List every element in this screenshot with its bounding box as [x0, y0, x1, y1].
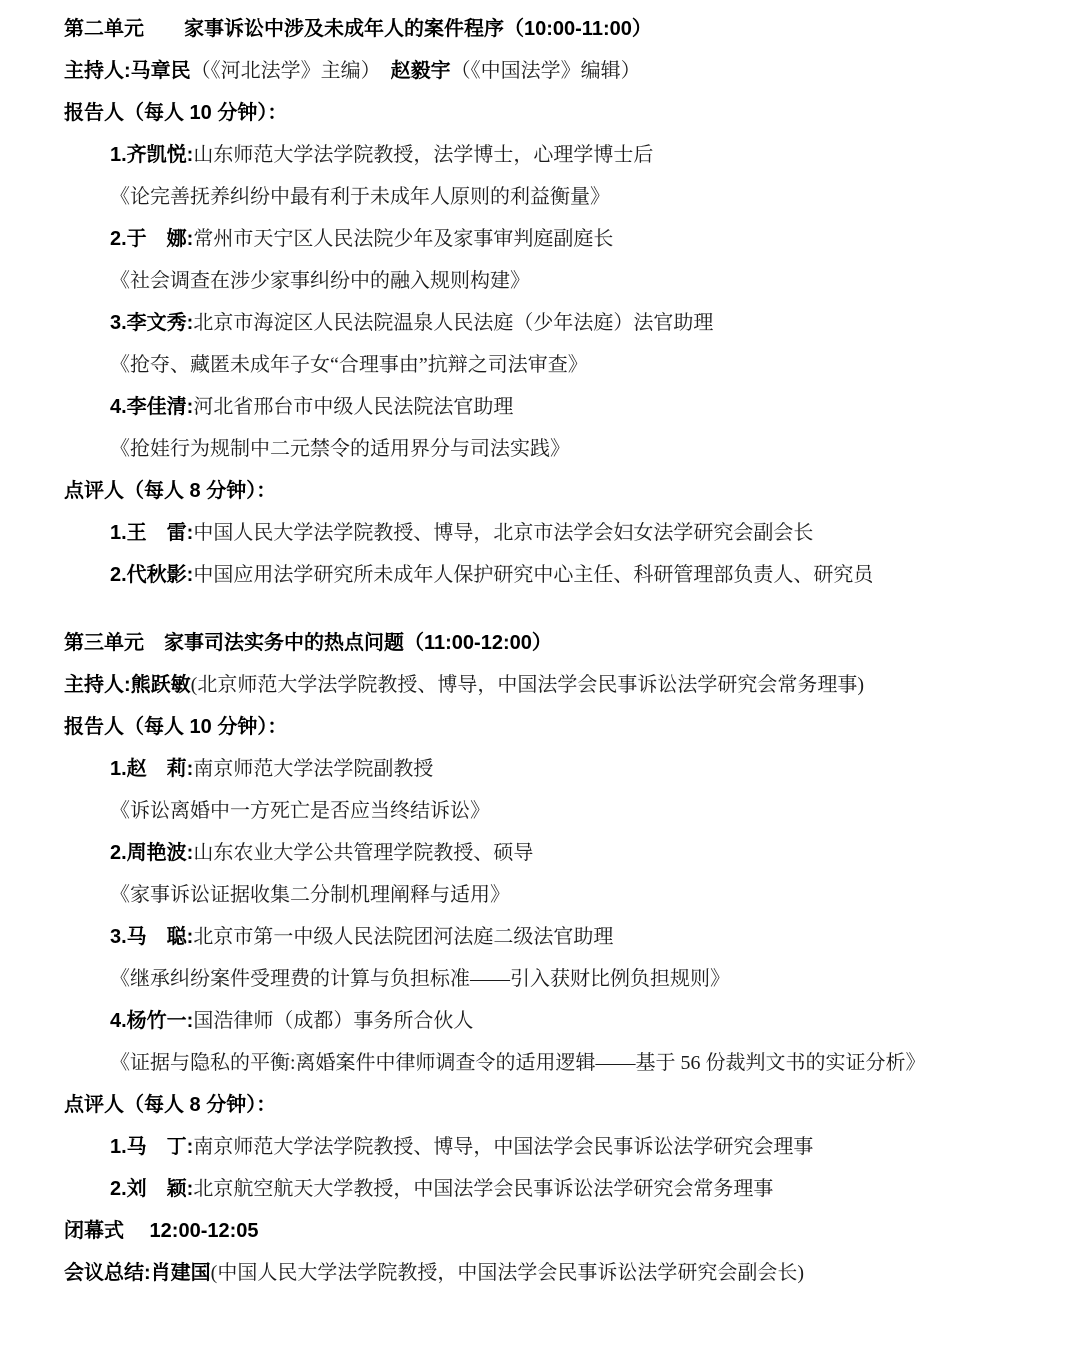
unit3-speaker-4: 4.杨竹一:国浩律师（成都）事务所合伙人 — [64, 1000, 1040, 1042]
unit3-speaker-4-title: 《证据与隐私的平衡:离婚案件中律师调查令的适用逻辑——基于 56 份裁判文书的实… — [64, 1042, 1040, 1084]
unit3-commentator-1: 1.马 丁:南京师范大学法学院教授、博导，中国法学会民事诉讼法学研究会理事 — [64, 1126, 1040, 1168]
emphasis-text: 报告人（每人 10 分钟）： — [64, 102, 287, 124]
emphasis-text: 赵毅宇 — [391, 60, 451, 82]
unit3-commentators-label: 点评人（每人 8 分钟）： — [64, 1084, 1040, 1126]
emphasis-text: 3.李文秀: — [110, 312, 193, 334]
body-text: （《中国法学》编辑） — [451, 60, 641, 82]
unit2-commentator-2: 2.代秋影:中国应用法学研究所未成年人保护研究中心主任、科研管理部负责人、研究员 — [64, 554, 1040, 596]
emphasis-text: 2.刘 颖: — [110, 1178, 193, 1200]
emphasis-text: 3.马 聪: — [110, 926, 193, 948]
emphasis-text: 2.于 娜: — [110, 228, 193, 250]
unit2-speaker-3-title: 《抢夺、藏匿未成年子女“合理事由”抗辩之司法审查》 — [64, 344, 1040, 386]
body-text: 《抢娃行为规制中二元禁令的适用界分与司法实践》 — [110, 438, 570, 460]
body-text: 北京市第一中级人民法院团河法庭二级法官助理 — [193, 926, 613, 948]
body-text: 《家事诉讼证据收集二分制机理阐释与适用》 — [110, 884, 510, 906]
unit3-speakers-label: 报告人（每人 10 分钟）： — [64, 706, 1040, 748]
unit3-speaker-1-title: 《诉讼离婚中一方死亡是否应当终结诉讼》 — [64, 790, 1040, 832]
body-text: 南京师范大学法学院教授、博导，中国法学会民事诉讼法学研究会理事 — [193, 1136, 813, 1158]
emphasis-text: 主持人:马章民 — [64, 60, 191, 82]
body-text: 北京市海淀区人民法院温泉人民法庭（少年法庭）法官助理 — [193, 312, 713, 334]
unit2-hosts: 主持人:马章民（《河北法学》主编） 赵毅宇（《中国法学》编辑） — [64, 50, 1040, 92]
unit2-speaker-4: 4.李佳清:河北省邢台市中级人民法院法官助理 — [64, 386, 1040, 428]
emphasis-text: 1.赵 莉: — [110, 758, 193, 780]
emphasis-text: 闭幕式 12:00-12:05 — [64, 1220, 259, 1242]
unit2-speakers-label: 报告人（每人 10 分钟）： — [64, 92, 1040, 134]
emphasis-text: 4.杨竹一: — [110, 1010, 193, 1032]
unit3-speaker-2-title: 《家事诉讼证据收集二分制机理阐释与适用》 — [64, 874, 1040, 916]
body-text: 《社会调查在涉少家事纠纷中的融入规则构建》 — [110, 270, 530, 292]
body-text: 中国应用法学研究所未成年人保护研究中心主任、科研管理部负责人、研究员 — [193, 564, 873, 586]
body-text: 北京航空航天大学教授，中国法学会民事诉讼法学研究会常务理事 — [193, 1178, 773, 1200]
emphasis-text: 1.马 丁: — [110, 1136, 193, 1158]
emphasis-text: 会议总结:肖建国 — [64, 1262, 211, 1284]
emphasis-text: 1.王 雷: — [110, 522, 193, 544]
section-gap — [64, 596, 1040, 622]
body-text: 中国人民大学法学院教授、博导，北京市法学会妇女法学研究会副会长 — [193, 522, 813, 544]
unit2-speaker-4-title: 《抢娃行为规制中二元禁令的适用界分与司法实践》 — [64, 428, 1040, 470]
emphasis-text: 点评人（每人 8 分钟）： — [64, 1094, 276, 1116]
unit3-speaker-3-title: 《继承纠纷案件受理费的计算与负担标准——引入获财比例负担规则》 — [64, 958, 1040, 1000]
body-text: （《河北法学》主编） — [191, 60, 391, 82]
unit2-commentators-label: 点评人（每人 8 分钟）： — [64, 470, 1040, 512]
emphasis-text: 2.代秋影: — [110, 564, 193, 586]
emphasis-text: 点评人（每人 8 分钟）： — [64, 480, 276, 502]
body-text: 山东农业大学公共管理学院教授、硕导 — [193, 842, 533, 864]
conference-summary: 会议总结:肖建国(中国人民大学法学院教授，中国法学会民事诉讼法学研究会副会长) — [64, 1252, 1040, 1294]
unit2-commentator-1: 1.王 雷:中国人民大学法学院教授、博导，北京市法学会妇女法学研究会副会长 — [64, 512, 1040, 554]
conference-agenda-document: 第二单元 家事诉讼中涉及未成年人的案件程序（10:00-11:00）主持人:马章… — [0, 0, 1080, 1349]
body-text: 常州市天宁区人民法院少年及家事审判庭副庭长 — [193, 228, 613, 250]
unit2-speaker-2: 2.于 娜:常州市天宁区人民法院少年及家事审判庭副庭长 — [64, 218, 1040, 260]
body-text: 《论完善抚养纠纷中最有利于未成年人原则的利益衡量》 — [110, 186, 610, 208]
unit3-speaker-1: 1.赵 莉:南京师范大学法学院副教授 — [64, 748, 1040, 790]
unit3-speaker-2: 2.周艳波:山东农业大学公共管理学院教授、硕导 — [64, 832, 1040, 874]
emphasis-text: 1.齐凯悦: — [110, 144, 193, 166]
emphasis-text: 2.周艳波: — [110, 842, 193, 864]
body-text: 南京师范大学法学院副教授 — [193, 758, 433, 780]
unit3-host: 主持人:熊跃敏(北京师范大学法学院教授、博导，中国法学会民事诉讼法学研究会常务理… — [64, 664, 1040, 706]
body-text: (中国人民大学法学院教授，中国法学会民事诉讼法学研究会副会长) — [211, 1262, 804, 1284]
body-text: (北京师范大学法学院教授、博导，中国法学会民事诉讼法学研究会常务理事) — [191, 674, 864, 696]
body-text: 国浩律师（成都）事务所合伙人 — [193, 1010, 473, 1032]
emphasis-text: 第三单元 家事司法实务中的热点问题（11:00-12:00） — [64, 632, 552, 654]
emphasis-text: 4.李佳清: — [110, 396, 193, 418]
body-text: 《证据与隐私的平衡:离婚案件中律师调查令的适用逻辑——基于 56 份裁判文书的实… — [110, 1052, 926, 1074]
unit2-speaker-3: 3.李文秀:北京市海淀区人民法院温泉人民法庭（少年法庭）法官助理 — [64, 302, 1040, 344]
emphasis-text: 报告人（每人 10 分钟）： — [64, 716, 287, 738]
unit3-header: 第三单元 家事司法实务中的热点问题（11:00-12:00） — [64, 622, 1040, 664]
unit2-speaker-1-title: 《论完善抚养纠纷中最有利于未成年人原则的利益衡量》 — [64, 176, 1040, 218]
emphasis-text: 第二单元 家事诉讼中涉及未成年人的案件程序（10:00-11:00） — [64, 18, 652, 40]
body-text: 山东师范大学法学院教授，法学博士，心理学博士后 — [193, 144, 653, 166]
unit2-speaker-1: 1.齐凯悦:山东师范大学法学院教授，法学博士，心理学博士后 — [64, 134, 1040, 176]
unit2-header: 第二单元 家事诉讼中涉及未成年人的案件程序（10:00-11:00） — [64, 8, 1040, 50]
unit2-speaker-2-title: 《社会调查在涉少家事纠纷中的融入规则构建》 — [64, 260, 1040, 302]
emphasis-text: 主持人:熊跃敏 — [64, 674, 191, 696]
closing-ceremony: 闭幕式 12:00-12:05 — [64, 1210, 1040, 1252]
unit3-speaker-3: 3.马 聪:北京市第一中级人民法院团河法庭二级法官助理 — [64, 916, 1040, 958]
body-text: 《诉讼离婚中一方死亡是否应当终结诉讼》 — [110, 800, 490, 822]
body-text: 《继承纠纷案件受理费的计算与负担标准——引入获财比例负担规则》 — [110, 968, 730, 990]
body-text: 河北省邢台市中级人民法院法官助理 — [193, 396, 513, 418]
unit3-commentator-2: 2.刘 颖:北京航空航天大学教授，中国法学会民事诉讼法学研究会常务理事 — [64, 1168, 1040, 1210]
body-text: 《抢夺、藏匿未成年子女“合理事由”抗辩之司法审查》 — [110, 354, 588, 376]
